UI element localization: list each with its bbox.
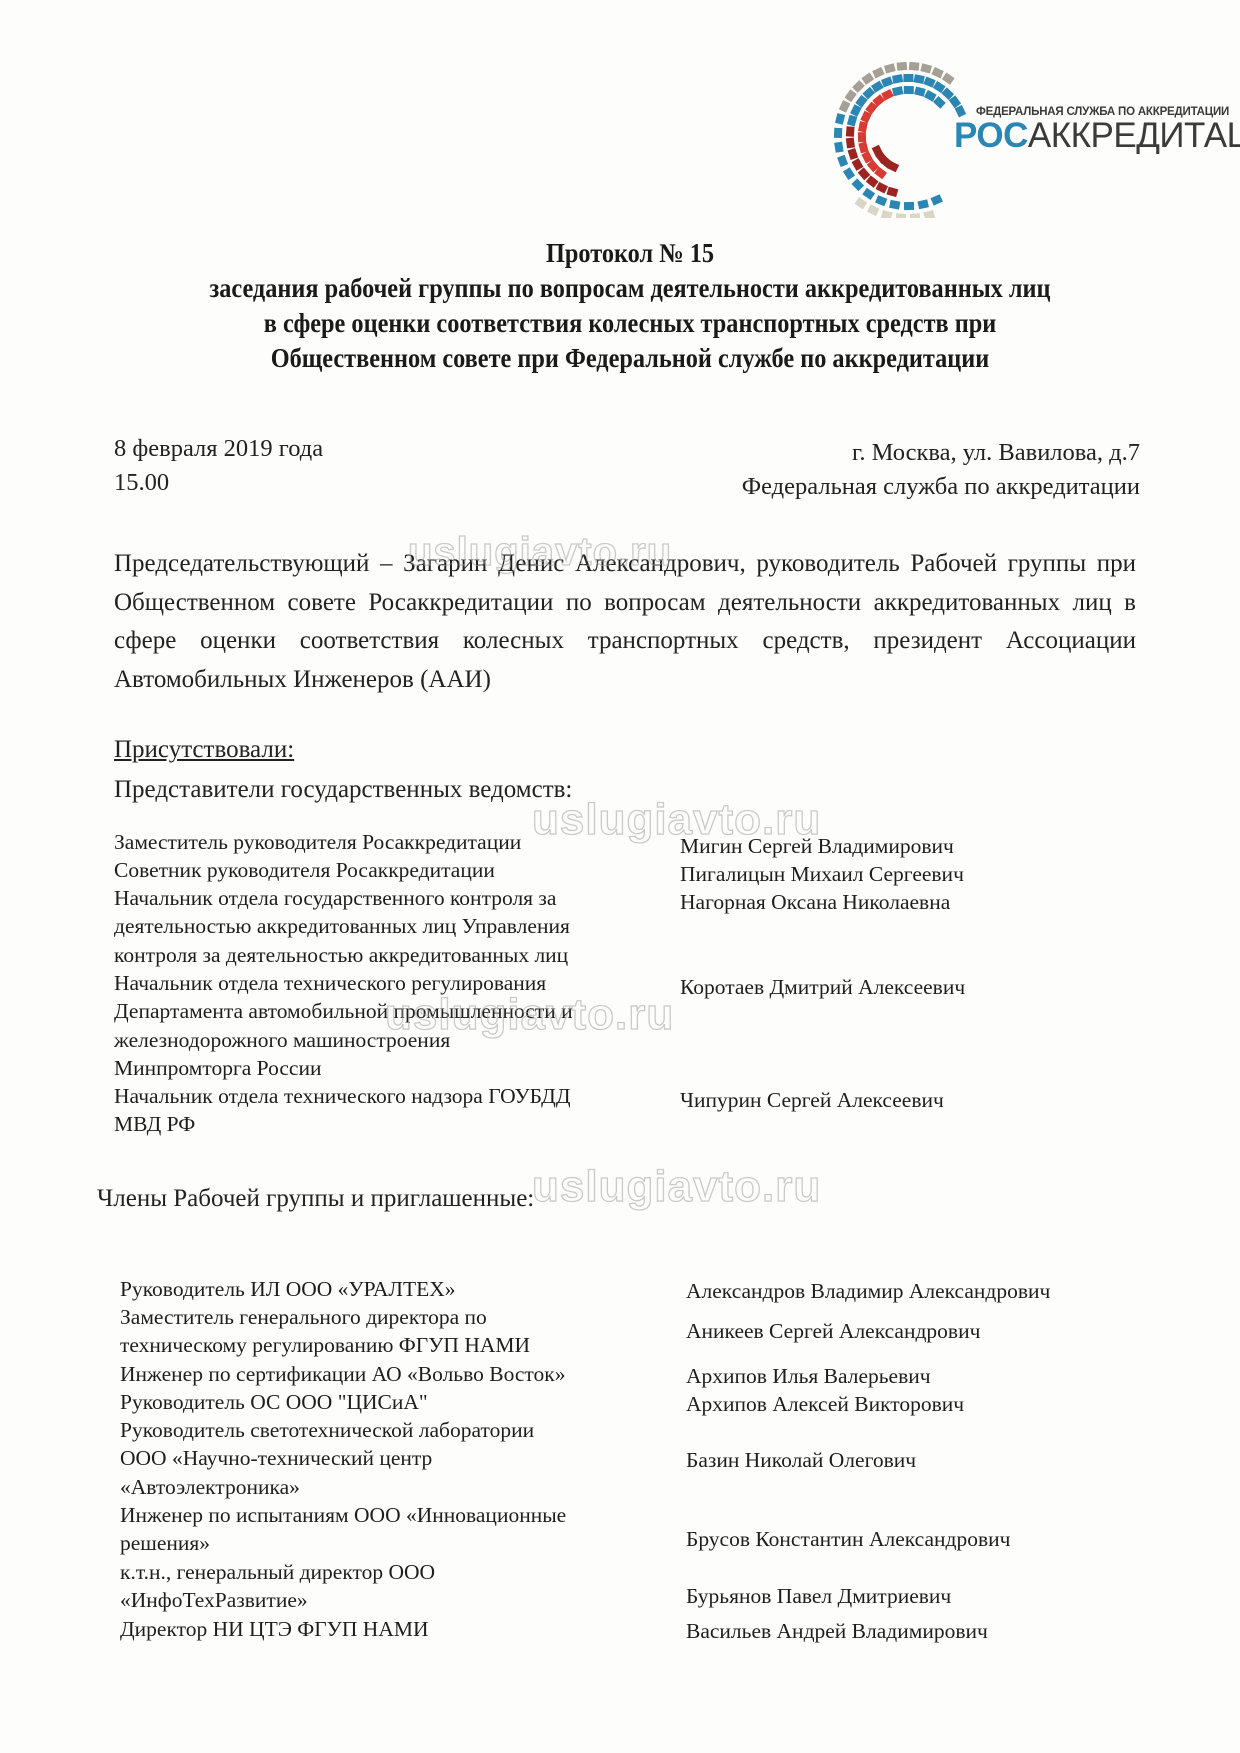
attendee-position: железнодорожного машиностроения [114,1026,450,1054]
rosaccreditation-logo: ФЕДЕРАЛЬНАЯ СЛУЖБА ПО АККРЕДИТАЦИИ РОСАК… [828,58,1188,218]
attendee-position: «Автоэлектроника» [120,1473,300,1501]
logo-name-rest: АККРЕДИТАЦИЯ [1028,116,1240,155]
attendee-name: Александров Владимир Александрович [686,1277,1050,1305]
attendee-position: «ИнфоТехРазвитие» [120,1586,308,1614]
document-page: ФЕДЕРАЛЬНАЯ СЛУЖБА ПО АККРЕДИТАЦИИ РОСАК… [0,0,1240,1753]
attendee-position: МВД РФ [114,1110,195,1138]
attendee-name: Базин Николай Олегович [686,1446,916,1474]
meeting-venue: Федеральная служба по аккредитации [742,470,1140,504]
attendee-position: Руководитель ИЛ ООО «УРАЛТЕХ» [120,1275,456,1303]
attendee-position: Инженер по сертификации АО «Вольво Восто… [120,1360,565,1388]
attendee-name: Бурьянов Павел Дмитриевич [686,1582,951,1610]
attendee-name: Васильев Андрей Владимирович [686,1617,988,1645]
attendee-position: Департамента автомобильной промышленност… [114,997,573,1025]
attendee-name: Архипов Алексей Викторович [686,1390,964,1418]
attendee-name: Архипов Илья Валерьевич [686,1362,931,1390]
attendee-position: Начальник отдела государственного контро… [114,884,556,912]
attendee-position: Начальник отдела технического регулирова… [114,969,546,997]
document-title: Протокол № 15 заседания рабочей группы п… [162,236,1098,376]
attended-heading: Присутствовали: [114,733,294,767]
attendee-name: Пигалицын Михаил Сергеевич [680,860,964,888]
attendee-position: к.т.н., генеральный директор ООО [120,1558,435,1586]
watermark: uslugiavto.ru [532,1162,821,1212]
attendee-name: Нагорная Оксана Николаевна [680,888,950,916]
attendee-name: Аникеев Сергей Александрович [686,1317,980,1345]
attendee-position: Заместитель руководителя Росаккредитации [114,828,521,856]
attendee-position: Руководитель светотехнической лаборатори… [120,1416,534,1444]
attendee-position: Инженер по испытаниям ООО «Инновационные [120,1501,566,1529]
attendee-position: Начальник отдела технического надзора ГО… [114,1082,571,1110]
meeting-time: 15.00 [114,466,323,500]
meeting-date: 8 февраля 2019 года [114,432,323,466]
members-heading: Члены Рабочей группы и приглашенные: [97,1182,534,1216]
title-line: в сфере оценки соответствия колесных тра… [162,306,1098,341]
attendee-position: деятельностью аккредитованных лиц Управл… [114,912,570,940]
attendee-position: ООО «Научно-технический центр [120,1444,432,1472]
logo-name-prefix: РОС [954,116,1028,155]
attendee-name: Мигин Сергей Владимирович [680,832,954,860]
attendee-name: Коротаев Дмитрий Алексеевич [680,973,965,1001]
meeting-address: г. Москва, ул. Вавилова, д.7 [742,436,1140,470]
attendee-position: Заместитель генерального директора по [120,1303,487,1331]
title-line: Общественном совете при Федеральной служ… [162,341,1098,376]
attendee-position: Советник руководителя Росаккредитации [114,856,495,884]
title-line: заседания рабочей группы по вопросам дея… [162,271,1098,306]
attendee-position: Директор НИ ЦТЭ ФГУП НАМИ [120,1615,429,1643]
attendee-position: техническому регулированию ФГУП НАМИ [120,1331,530,1359]
chairperson-paragraph: Председательствующий – Загарин Денис Але… [114,545,1136,699]
logo-name: РОСАККРЕДИТАЦИЯ [954,114,1240,158]
attendee-position: Руководитель ОС ООО "ЦИСиА" [120,1388,428,1416]
meeting-location: г. Москва, ул. Вавилова, д.7 Федеральная… [742,436,1140,504]
meeting-datetime: 8 февраля 2019 года 15.00 [114,432,323,500]
attendee-position: Минпромторга России [114,1054,321,1082]
attendee-position: решения» [120,1529,210,1557]
attendee-name: Брусов Константин Александрович [686,1525,1010,1553]
attendee-name: Чипурин Сергей Алексеевич [680,1086,944,1114]
protocol-number: Протокол № 15 [162,236,1098,271]
attendee-position: контроля за деятельностью аккредитованны… [114,941,568,969]
gov-representatives-heading: Представители государственных ведомств: [114,773,572,807]
